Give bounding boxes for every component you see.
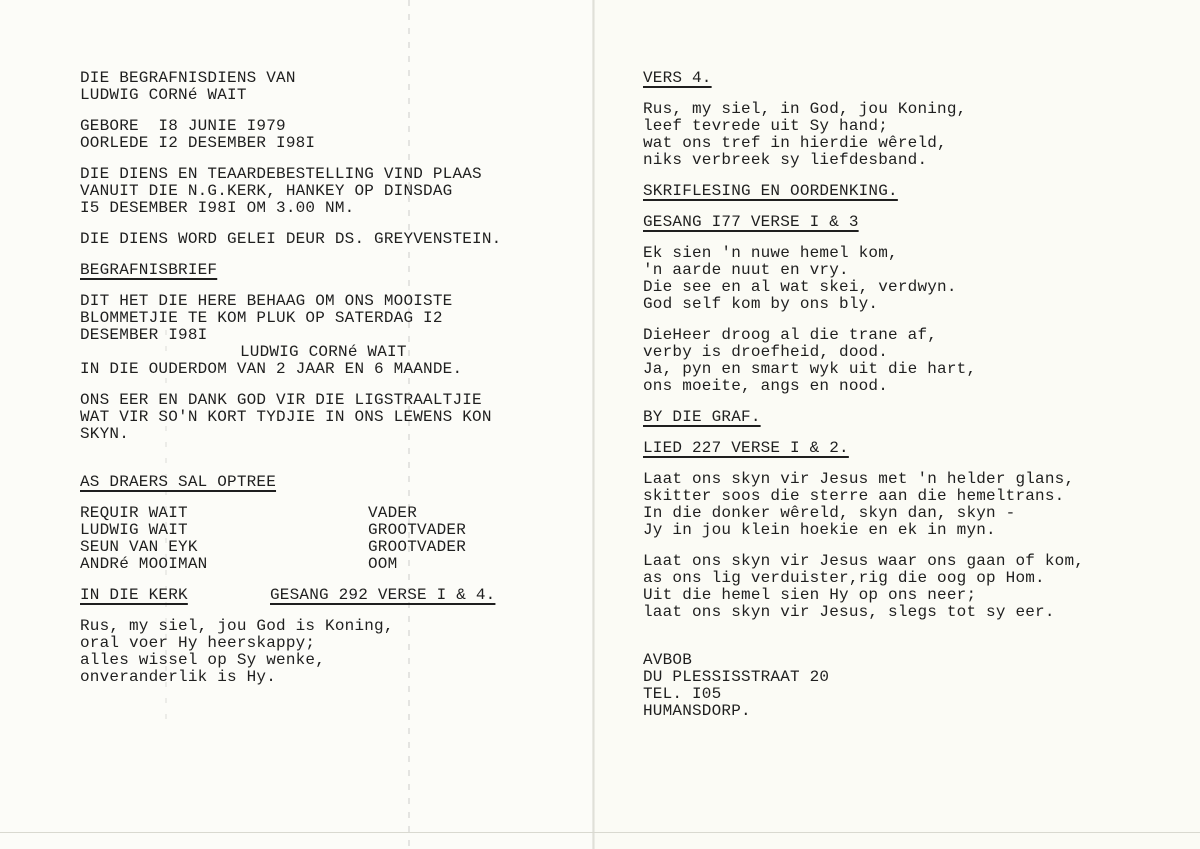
thanks-line: WAT VIR SO'N KORT TYDJIE IN ONS LEWENS K…	[80, 409, 580, 426]
bearers-list: REQUIR WAIT VADER LUDWIG WAIT GROOTVADER…	[80, 505, 580, 573]
verse4-heading: VERS 4.	[643, 69, 712, 87]
verse-line: oral voer Hy heerskappy;	[80, 635, 580, 652]
bearer-name: REQUIR WAIT	[80, 505, 368, 522]
verse-line: ons moeite, angs en nood.	[643, 378, 1183, 395]
left-column: DIE BEGRAFNISDIENS VAN LUDWIG CORNé WAIT…	[80, 70, 580, 686]
undertaker-town: HUMANSDORP.	[643, 703, 1183, 720]
verse-line: Laat ons skyn vir Jesus waar ons gaan of…	[643, 553, 1183, 570]
bearer-name: ANDRé MOOIMAN	[80, 556, 368, 573]
verse-line: Rus, my siel, jou God is Koning,	[80, 618, 580, 635]
undertaker-name: AVBOB	[643, 652, 1183, 669]
bearers-heading: AS DRAERS SAL OPTREE	[80, 473, 276, 491]
lied-227-verse-2: Laat ons skyn vir Jesus waar ons gaan of…	[643, 553, 1183, 621]
church-hymn: GESANG 292 VERSE I & 4.	[270, 587, 495, 604]
verse-line: In die donker wêreld, skyn dan, skyn -	[643, 505, 1183, 522]
letter-heading: BEGRAFNISBRIEF	[80, 261, 217, 279]
gesang-177-verse-3: DieHeer droog al die trane af, verby is …	[643, 327, 1183, 395]
letter-age: IN DIE OUDERDOM VAN 2 JAAR EN 6 MAANDE.	[80, 361, 580, 378]
birth-date: GEBORE I8 JUNIE I979	[80, 118, 580, 135]
lied-227-verse-1: Laat ons skyn vir Jesus met 'n helder gl…	[643, 471, 1183, 539]
service-line: DIE DIENS EN TEAARDEBESTELLING VIND PLAA…	[80, 166, 580, 183]
verse-line: Jy in jou klein hoekie en ek in myn.	[643, 522, 1183, 539]
verse-line: alles wissel op Sy wenke,	[80, 652, 580, 669]
thanks-line: ONS EER EN DANK GOD VIR DIE LIGSTRAALTJI…	[80, 392, 580, 409]
officiant: DIE DIENS WORD GELEI DEUR DS. GREYVENSTE…	[80, 231, 580, 248]
verse-line: as ons lig verduister,rig die oog op Hom…	[643, 570, 1183, 587]
undertaker-address: AVBOB DU PLESSISSTRAAT 20 TEL. I05 HUMAN…	[643, 652, 1183, 720]
page-fold	[592, 0, 595, 849]
bearer-name: LUDWIG WAIT	[80, 522, 368, 539]
verse-line: Rus, my siel, in God, jou Koning,	[643, 101, 1183, 118]
verse-line: laat ons skyn vir Jesus, slegs tot sy ee…	[643, 604, 1183, 621]
grave-heading: BY DIE GRAF.	[643, 408, 761, 426]
gesang-177-heading: GESANG I77 VERSE I & 3	[643, 213, 859, 231]
bearer-relation: VADER	[368, 505, 568, 522]
hymn-292-verse-4: Rus, my siel, in God, jou Koning, leef t…	[643, 101, 1183, 169]
church-hymn-row: IN DIE KERK GESANG 292 VERSE I & 4.	[80, 587, 580, 604]
verse-line: Laat ons skyn vir Jesus met 'n helder gl…	[643, 471, 1183, 488]
letter-name: LUDWIG CORNé WAIT	[80, 344, 580, 361]
bearer-name: SEUN VAN EYK	[80, 539, 368, 556]
verse-line: niks verbreek sy liefdesband.	[643, 152, 1183, 169]
paper-bottom-edge	[0, 832, 1200, 833]
verse-line: God self kom by ons bly.	[643, 296, 1183, 313]
verse-line: Uit die hemel sien Hy op ons neer;	[643, 587, 1183, 604]
verse-line: onveranderlik is Hy.	[80, 669, 580, 686]
verse-line: wat ons tref in hierdie wêreld,	[643, 135, 1183, 152]
verse-line: Die see en al wat skei, verdwyn.	[643, 279, 1183, 296]
lied-227-heading: LIED 227 VERSE I & 2.	[643, 439, 849, 457]
undertaker-street: DU PLESSISSTRAAT 20	[643, 669, 1183, 686]
verse-line: Ja, pyn en smart wyk uit die hart,	[643, 361, 1183, 378]
service-line: I5 DESEMBER I98I OM 3.00 NM.	[80, 200, 580, 217]
service-line: VANUIT DIE N.G.KERK, HANKEY OP DINSDAG	[80, 183, 580, 200]
verse-line: Ek sien 'n nuwe hemel kom,	[643, 245, 1183, 262]
reading-heading: SKRIFLESING EN OORDENKING.	[643, 182, 898, 200]
verse-line: 'n aarde nuut en vry.	[643, 262, 1183, 279]
church-label: IN DIE KERK	[80, 586, 188, 604]
thanks-line: SKYN.	[80, 426, 580, 443]
letter-line: BLOMMETJIE TE KOM PLUK OP SATERDAG I2	[80, 310, 580, 327]
letter-line: DESEMBER I98I	[80, 327, 580, 344]
bearer-relation: GROOTVADER	[368, 539, 568, 556]
hymn-292-verse-1: Rus, my siel, jou God is Koning, oral vo…	[80, 618, 580, 686]
right-column: VERS 4. Rus, my siel, in God, jou Koning…	[643, 70, 1183, 720]
verse-line: verby is droefheid, dood.	[643, 344, 1183, 361]
letter-line: DIT HET DIE HERE BEHAAG OM ONS MOOISTE	[80, 293, 580, 310]
verse-line: DieHeer droog al die trane af,	[643, 327, 1183, 344]
title-name: LUDWIG CORNé WAIT	[80, 87, 580, 104]
verse-line: skitter soos die sterre aan die hemeltra…	[643, 488, 1183, 505]
death-date: OORLEDE I2 DESEMBER I98I	[80, 135, 580, 152]
verse-line: leef tevrede uit Sy hand;	[643, 118, 1183, 135]
undertaker-phone: TEL. I05	[643, 686, 1183, 703]
bearer-relation: GROOTVADER	[368, 522, 568, 539]
gesang-177-verse-1: Ek sien 'n nuwe hemel kom, 'n aarde nuut…	[643, 245, 1183, 313]
bearer-relation: OOM	[368, 556, 568, 573]
title-line: DIE BEGRAFNISDIENS VAN	[80, 70, 580, 87]
